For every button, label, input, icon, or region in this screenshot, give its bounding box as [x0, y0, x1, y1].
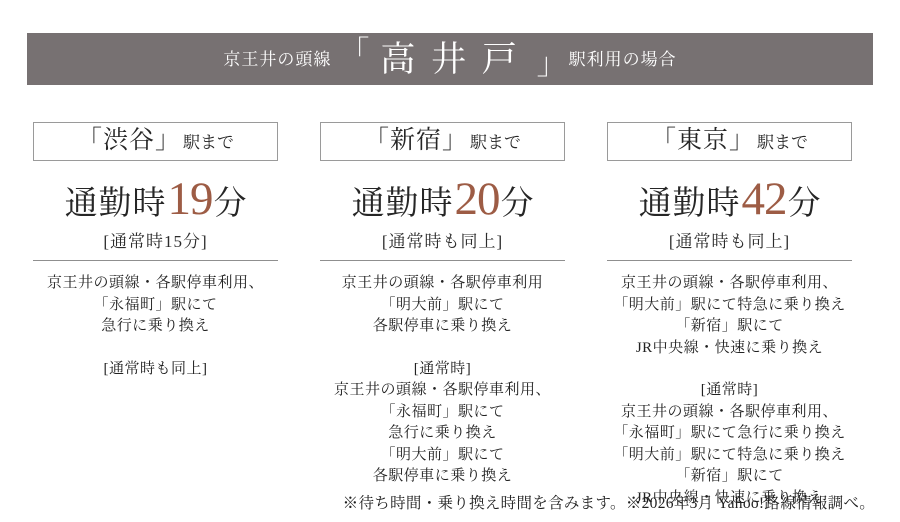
divider [320, 260, 565, 261]
divider [607, 260, 852, 261]
commute-minutes: 20 [455, 176, 500, 223]
commute-unit: 分 [788, 188, 821, 221]
destination-box: 「渋谷」 駅まで [33, 122, 278, 161]
commute-minutes: 19 [168, 176, 213, 223]
route-description: 京王井の頭線・各駅停車利用、「明大前」駅にて特急に乗り換え「新宿」駅にてJR中央… [607, 273, 852, 359]
commute-label: 通勤時 [639, 188, 741, 221]
commute-time: 通勤時 42 分 [607, 176, 852, 223]
header-bracket-close: 」 [537, 50, 567, 80]
destination-box: 「東京」 駅まで [607, 122, 852, 161]
header-station-name: 高井戸 [373, 42, 532, 77]
footnote: ※待ち時間・乗り換え時間を含みます。※2026年3月 Yahoo!路線情報調べ。 [343, 491, 875, 513]
normal-route-description: [通常時]京王井の頭線・各駅停車利用、「永福町」駅にて急行に乗り換え「明大前」駅… [320, 359, 565, 488]
header-line-label: 京王井の頭線 [223, 51, 331, 68]
header-bracket-open: 「 [339, 38, 369, 68]
commute-infographic: 京王井の頭線 「 高井戸 」 駅利用の場合 「渋谷」 駅まで 通勤時 19 分 … [0, 0, 900, 522]
commute-label: 通勤時 [65, 188, 167, 221]
normal-time-note: [通常時も同上] [607, 227, 852, 252]
column-tokyo: 「東京」 駅まで 通勤時 42 分 [通常時も同上] 京王井の頭線・各駅停車利用… [607, 122, 852, 509]
divider [33, 260, 278, 261]
normal-time-note: [通常時15分] [33, 227, 278, 252]
destination-to-label: 駅まで [470, 134, 521, 151]
destination-name: 「渋谷」 [77, 128, 181, 153]
normal-route-description: [通常時も同上] [33, 359, 278, 381]
commute-time: 通勤時 19 分 [33, 176, 278, 223]
commute-time: 通勤時 20 分 [320, 176, 565, 223]
header-suffix: 駅利用の場合 [569, 51, 677, 68]
destination-to-label: 駅まで [757, 134, 808, 151]
commute-label: 通勤時 [352, 188, 454, 221]
destination-columns: 「渋谷」 駅まで 通勤時 19 分 [通常時15分] 京王井の頭線・各駅停車利用… [33, 122, 852, 509]
commute-minutes: 42 [742, 176, 787, 223]
normal-route-description: [通常時]京王井の頭線・各駅停車利用、「永福町」駅にて急行に乗り換え「明大前」駅… [607, 380, 852, 509]
commute-unit: 分 [214, 188, 247, 221]
destination-name: 「東京」 [651, 128, 755, 153]
destination-name: 「新宿」 [364, 128, 468, 153]
header-bar: 京王井の頭線 「 高井戸 」 駅利用の場合 [27, 33, 873, 85]
column-shibuya: 「渋谷」 駅まで 通勤時 19 分 [通常時15分] 京王井の頭線・各駅停車利用… [33, 122, 278, 509]
destination-box: 「新宿」 駅まで [320, 122, 565, 161]
commute-unit: 分 [501, 188, 534, 221]
normal-time-note: [通常時も同上] [320, 227, 565, 252]
route-description: 京王井の頭線・各駅停車利用「明大前」駅にて各駅停車に乗り換え [320, 273, 565, 338]
column-shinjuku: 「新宿」 駅まで 通勤時 20 分 [通常時も同上] 京王井の頭線・各駅停車利用… [320, 122, 565, 509]
destination-to-label: 駅まで [183, 134, 234, 151]
route-description: 京王井の頭線・各駅停車利用、「永福町」駅にて急行に乗り換え [33, 273, 278, 338]
